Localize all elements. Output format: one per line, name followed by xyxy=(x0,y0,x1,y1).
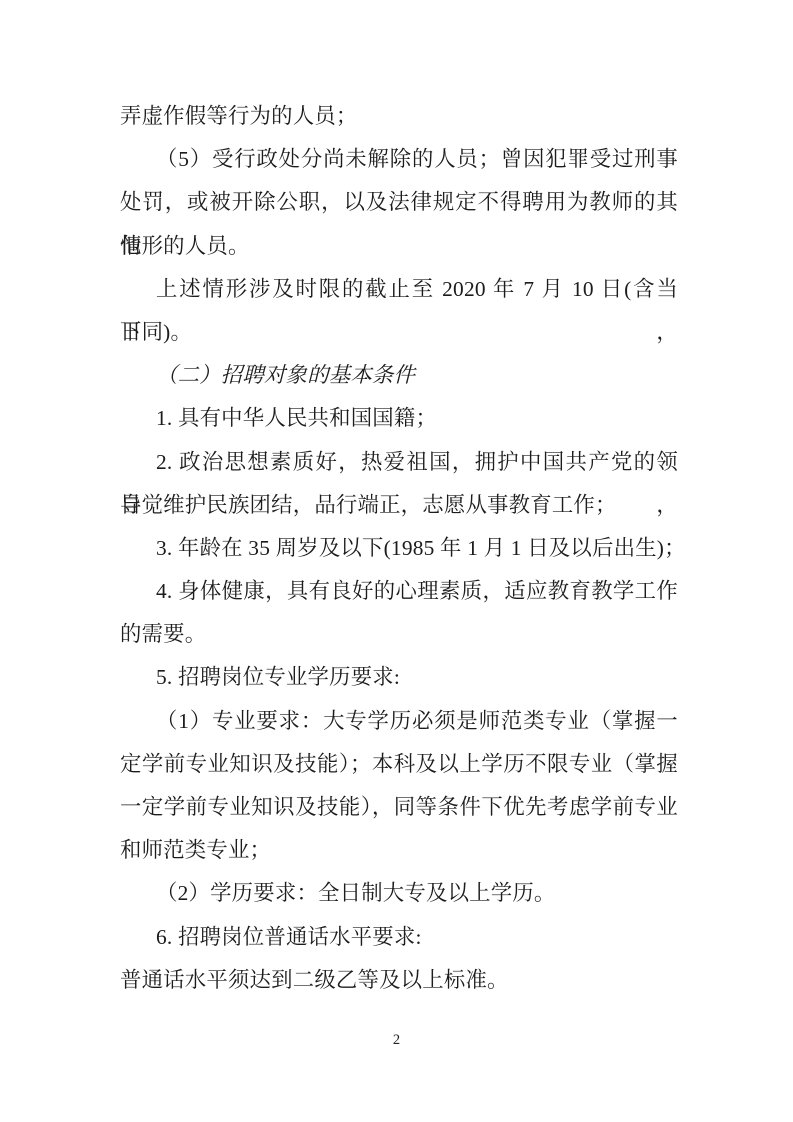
text-line: 定学前专业知识及技能）；本科及以上学历不限专业（掌握 xyxy=(120,743,678,786)
text-line: 弄虚作假等行为的人员； xyxy=(120,95,678,138)
text-line: 一定学前专业知识及技能），同等条件下优先考虑学前专业 xyxy=(120,786,678,829)
section-heading: （二）招聘对象的基本条件 xyxy=(120,354,678,397)
text-line: 和师范类专业； xyxy=(120,829,678,872)
text-line: 情形的人员。 xyxy=(120,225,678,268)
text-line: （1）专业要求：大专学历必须是师范类专业（掌握一 xyxy=(120,700,678,743)
text-line: 普通话水平须达到二级乙等及以上标准。 xyxy=(120,959,678,1002)
page-number: 2 xyxy=(0,1032,793,1049)
text-line: （2）学历要求：全日制大专及以上学历。 xyxy=(120,872,678,915)
text-line: 上述情形涉及时限的截止至 2020 年 7 月 10 日(含当日， xyxy=(120,268,678,311)
text-line: 处罚，或被开除公职，以及法律规定不得聘用为教师的其他 xyxy=(120,181,678,224)
text-line: （5）受行政处分尚未解除的人员；曾因犯罪受过刑事 xyxy=(120,138,678,181)
text-line: 4. 身体健康，具有良好的心理素质，适应教育教学工作 xyxy=(120,570,678,613)
text-line: 自觉维护民族团结，品行端正，志愿从事教育工作； xyxy=(120,484,678,527)
text-line: 2. 政治思想素质好，热爱祖国，拥护中国共产党的领导， xyxy=(120,441,678,484)
text-line: 5. 招聘岗位专业学历要求: xyxy=(120,656,678,699)
document-page: 弄虚作假等行为的人员；（5）受行政处分尚未解除的人员；曾因犯罪受过刑事处罚，或被… xyxy=(0,0,793,1122)
text-line: 1. 具有中华人民共和国国籍； xyxy=(120,397,678,440)
text-line: 的需要。 xyxy=(120,613,678,656)
document-body: 弄虚作假等行为的人员；（5）受行政处分尚未解除的人员；曾因犯罪受过刑事处罚，或被… xyxy=(120,95,678,1002)
text-line: 3. 年龄在 35 周岁及以下(1985 年 1 月 1 日及以后出生)； xyxy=(120,527,678,570)
text-line: 6. 招聘岗位普通话水平要求: xyxy=(120,916,678,959)
